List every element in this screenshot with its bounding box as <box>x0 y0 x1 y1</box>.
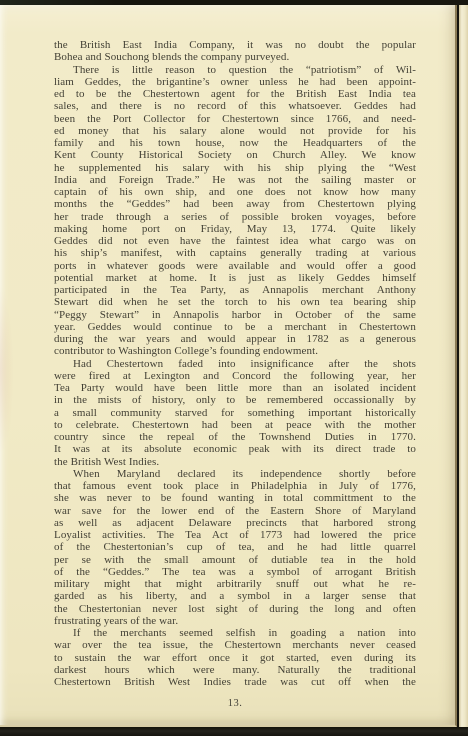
photo-top-edge <box>0 0 468 5</box>
text-line: Loyalist activities. The Tea Act of 1773… <box>54 529 416 541</box>
text-line: Kent County Historical Society on Church… <box>54 149 416 161</box>
text-line: were fired at Lexington and Concord the … <box>54 370 416 382</box>
text-line: If the merchants seemed selfish in goadi… <box>54 627 416 639</box>
text-line: military might that might arbitrarily sn… <box>54 578 416 590</box>
text-line: to celebrate. Chestertown had been at pe… <box>54 419 416 431</box>
text-line: contributor to Washington College’s foun… <box>54 345 416 357</box>
text-line: Tea Party would have been little more th… <box>54 382 416 394</box>
text-line: the British West Indies. <box>54 456 416 468</box>
text-line: captain of his own ship, and one does no… <box>54 186 416 198</box>
text-line: his ship’s manifest, with captains gener… <box>54 247 416 259</box>
text-line: Bohea and Souchong blends the company pu… <box>54 51 416 63</box>
text-line: “Peggy Stewart” in Annapolis harbor in O… <box>54 309 416 321</box>
text-line: war over the tea issue, the Chestertown … <box>54 639 416 651</box>
text-line: Had Chestertown faded into insignificanc… <box>54 358 416 370</box>
text-line: country since the repeal of the Townshen… <box>54 431 416 443</box>
text-line: war save for the lower end of the Easter… <box>54 505 416 517</box>
text-line: India and Foreign Trade.” He was not the… <box>54 174 416 186</box>
page-number: 13. <box>54 698 416 709</box>
text-line: It was at its absolute economic peak wit… <box>54 443 416 455</box>
text-line: months the “Geddes” had been away from C… <box>54 198 416 210</box>
text-line: in the mists of history, only to be reme… <box>54 394 416 406</box>
text-line: he supplemented his salary with his ship… <box>54 162 416 174</box>
text-line: ed to be the Chestertown agent for the B… <box>54 88 416 100</box>
paragraph: Had Chestertown faded into insignificanc… <box>54 358 416 468</box>
text-line: per se with the small amount of dutiable… <box>54 554 416 566</box>
text-line: sales, and there is no record of this wh… <box>54 100 416 112</box>
paragraph: the British East India Company, it was n… <box>54 39 416 64</box>
text-line: a small community starved for something … <box>54 407 416 419</box>
text-line: Chestertown British West Indies trade wa… <box>54 676 416 688</box>
text-line: the British East India Company, it was n… <box>54 39 416 51</box>
text-block: the British East India Company, it was n… <box>54 39 416 688</box>
photo-bottom-edge <box>0 727 468 736</box>
text-line: year. Geddes would continue to be a merc… <box>54 321 416 333</box>
text-line: of the “Geddes.” The tea was a symbol of… <box>54 566 416 578</box>
book-page: the British East India Company, it was n… <box>0 5 457 727</box>
text-line: frustrating years of the war. <box>54 615 416 627</box>
text-line: ed money that his salary alone would not… <box>54 125 416 137</box>
text-line: There is little reason to question the “… <box>54 64 416 76</box>
text-line: her trade through a series of possible b… <box>54 211 416 223</box>
text-line: darkest hours which were many. Naturally… <box>54 664 416 676</box>
paragraph: There is little reason to question the “… <box>54 64 416 358</box>
text-line: Stewart did when he set the torch to his… <box>54 296 416 308</box>
text-line: ports in whatever goods were available a… <box>54 260 416 272</box>
paragraph: If the merchants seemed selfish in goadi… <box>54 627 416 688</box>
text-line: participated in the Tea Party, as Annapo… <box>54 284 416 296</box>
text-line: she was never to be found wanting in tot… <box>54 492 416 504</box>
text-line: potential market at home. It is just as … <box>54 272 416 284</box>
text-line: the Chestertonian never lost sight of du… <box>54 603 416 615</box>
text-line: liam Geddes, the brigantine’s owner unle… <box>54 76 416 88</box>
text-line: making home port on Friday, May 13, 1774… <box>54 223 416 235</box>
paragraph: When Maryland declared its independence … <box>54 468 416 627</box>
text-line: Geddes did not even have the faintest id… <box>54 235 416 247</box>
page-stack-edge <box>459 3 468 727</box>
text-line: family and his town house, now the Headq… <box>54 137 416 149</box>
text-line: that famous event took place in Philadel… <box>54 480 416 492</box>
text-line: during the war years and would appear in… <box>54 333 416 345</box>
text-line: to sustain the war effort once it got st… <box>54 652 416 664</box>
scan-background: the British East India Company, it was n… <box>0 0 468 736</box>
text-line: garded as his liberty, and a symbol in a… <box>54 590 416 602</box>
text-line: When Maryland declared its independence … <box>54 468 416 480</box>
text-line: as well as adjacent Delaware precincts t… <box>54 517 416 529</box>
text-line: of the Chestertonian’s cup of tea, and h… <box>54 541 416 553</box>
text-line: been the Port Collector for Chestertown … <box>54 113 416 125</box>
